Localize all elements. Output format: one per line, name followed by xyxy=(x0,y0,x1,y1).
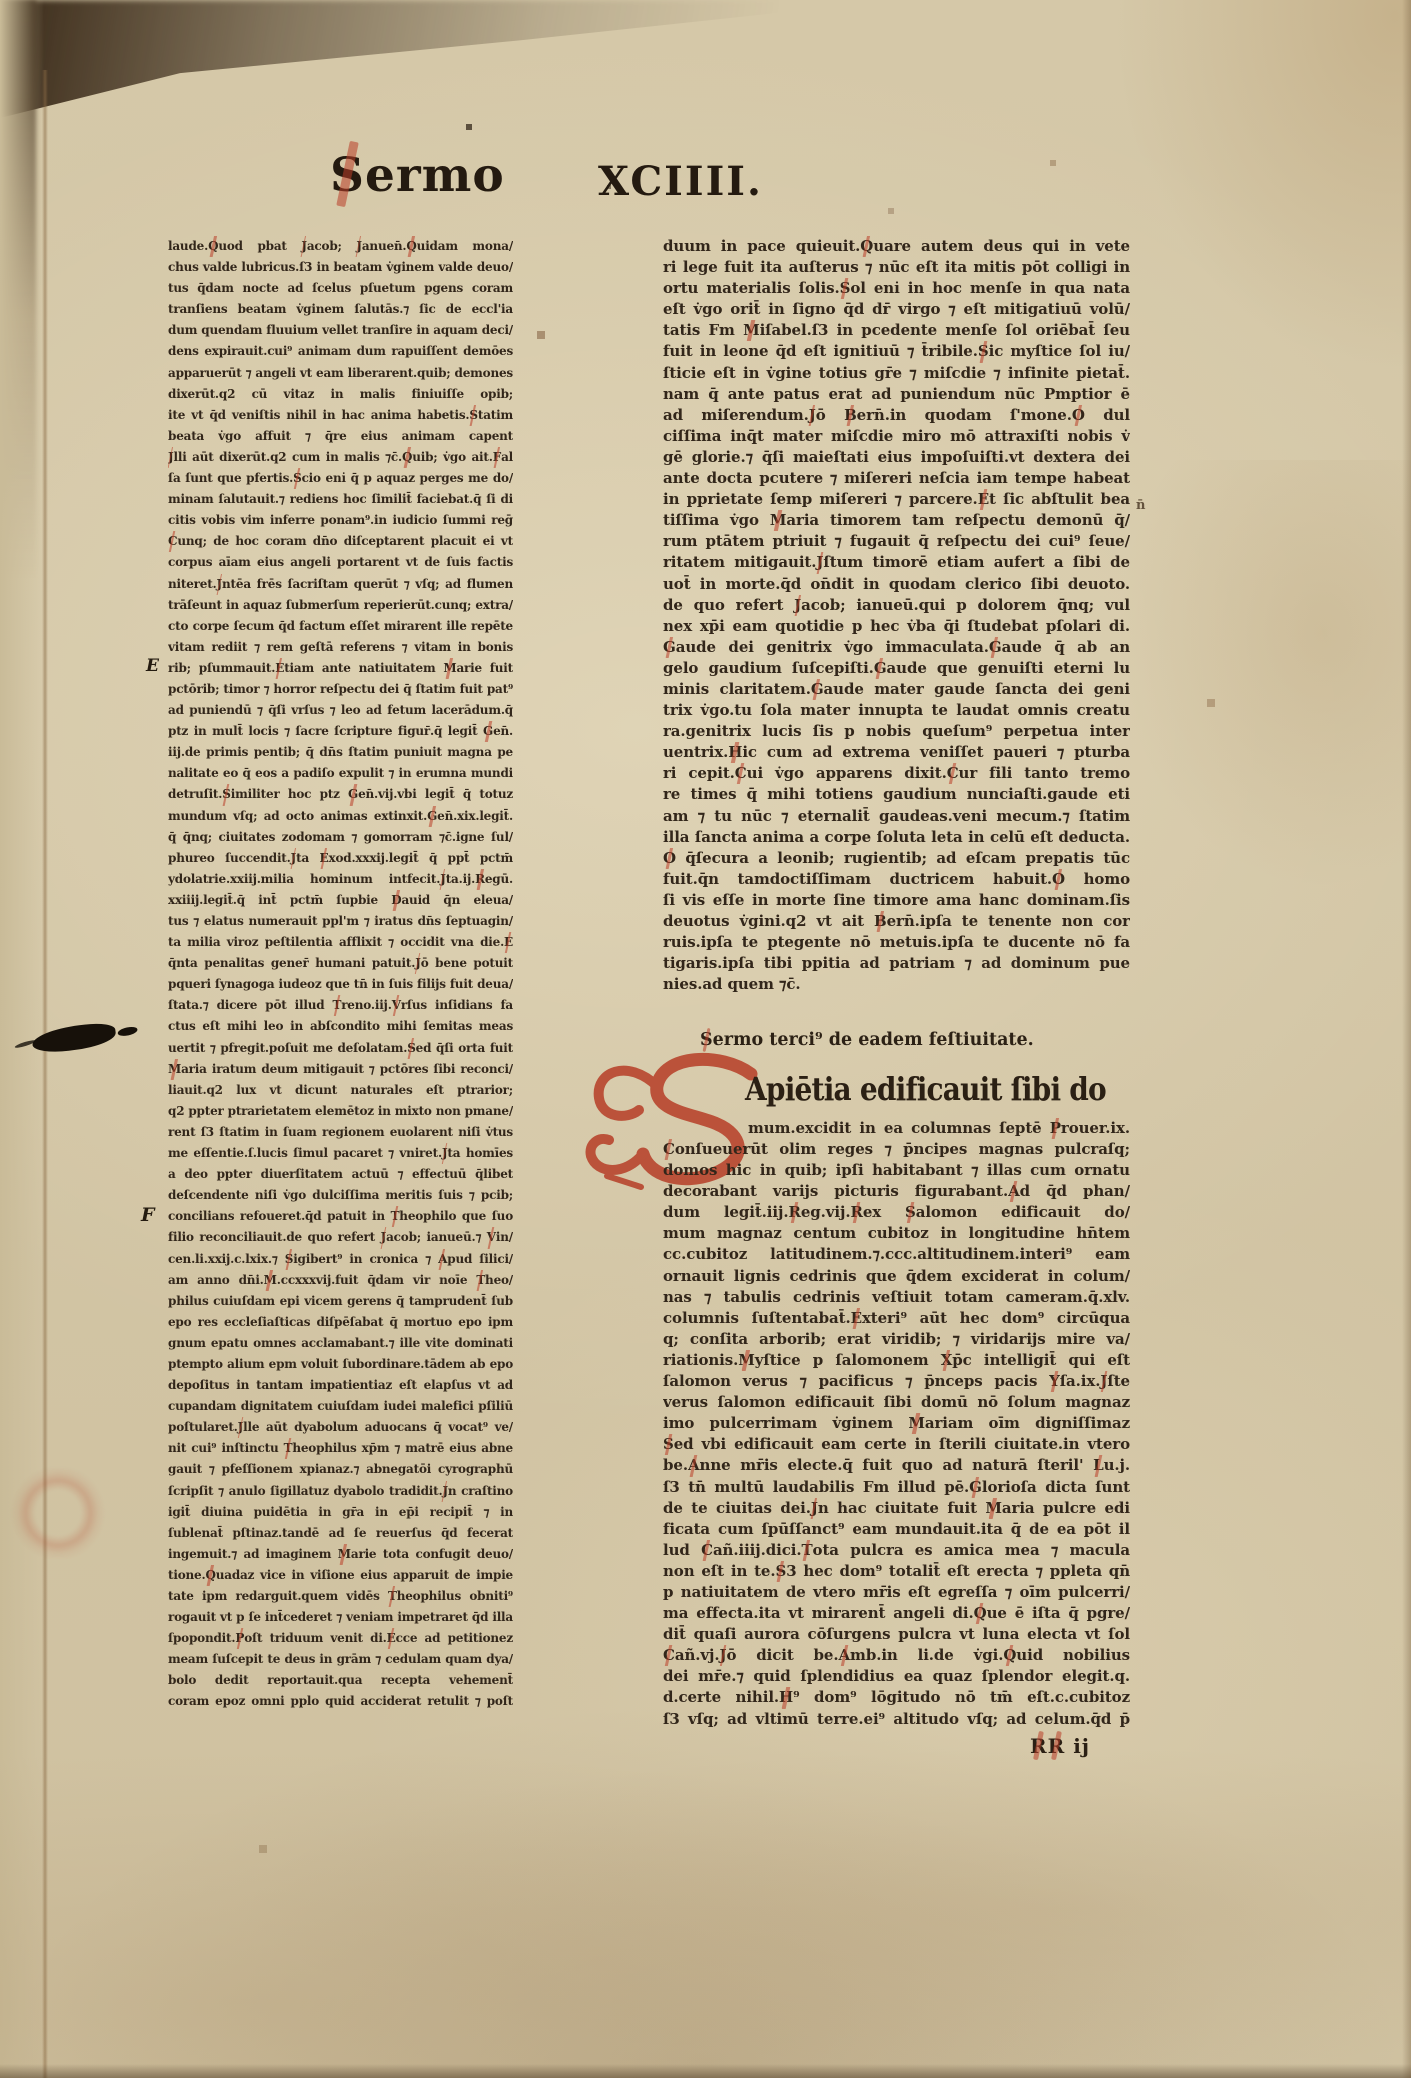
text-line: pctōrib; timor ⁊ horror reſpectu dei q̄ … xyxy=(168,679,513,700)
text-line: filio reconciliauit.de quo refert Jacob;… xyxy=(168,1227,513,1248)
text-line: rum ptātem ptriuit ⁊ fugauit q̄ reſpectu… xyxy=(663,531,1130,552)
text-line: verus ſalomon edificauit ſibi domū nō ſo… xyxy=(663,1392,1130,1413)
rubricated-capital: M xyxy=(770,510,787,531)
rubricated-capital: J xyxy=(442,1481,447,1502)
text-line: Maria iratum deum mitigauit ⁊ pctōres ſi… xyxy=(168,1059,513,1080)
rubricated-capital: O xyxy=(1052,869,1065,890)
text-line: ſtata.⁊ dicere pōt illud Treno.iij.Vrſus… xyxy=(168,995,513,1016)
text-line: cupandam dignitatem cuiuſdam iudei malef… xyxy=(168,1396,513,1417)
text-line: q̄ q̄nq; ciuitates zodomam ⁊ gomorram ⁊c… xyxy=(168,827,513,848)
quire-signature: RR ij xyxy=(1030,1734,1090,1758)
text-line: Gaude dei genitrix v̇go immaculata.Gaude… xyxy=(663,637,1130,658)
margin-guide-letter-f: F xyxy=(141,1204,155,1226)
text-line: q̄nta penalitas gener̄ humani patuit.Jō … xyxy=(168,953,513,974)
text-line: dens expirauit.cui⁹ animam dum rapuiſſen… xyxy=(168,341,513,362)
text-line: nam q̄ ante patus erat ad puniendum nūc … xyxy=(663,384,1130,405)
rubricated-capital: O xyxy=(1072,405,1085,426)
sermon-heading: Sermo terci⁹ de eadem feſtiuitate. xyxy=(700,1030,1034,1050)
text-line: minam ſalutauit.⁊ rediens hoc ſimilit̄ f… xyxy=(168,489,513,510)
text-line: xxiiij.legit̄.q̄ int̄ pctm̄ ſupbie Dauid… xyxy=(168,890,513,911)
text-line: tatis Fm Miſabel.ſ3 in pcedente menſe ſo… xyxy=(663,320,1130,341)
left-text-column: laude.Quod pbat Jacob; Januen̄.Quidam mo… xyxy=(168,236,513,1713)
rubricated-capital: J xyxy=(381,1227,386,1248)
text-line: riationis.Myſtice p ſalomonem Xp̄c intel… xyxy=(663,1350,1130,1371)
text-line: tate ipm redarguit.quem vidēs Theophilus… xyxy=(168,1586,513,1607)
text-line: re times q̄ mihi totiens gaudium nunciaſ… xyxy=(663,784,1130,805)
text-line: nies.ad quem ⁊c̄. xyxy=(663,974,1130,995)
text-line: gē glorie.⁊ q̄ſi maieſtati eius impoſuiſ… xyxy=(663,447,1130,468)
text-line: ornauit lignis cedrinis que q̄dem excide… xyxy=(663,1266,1130,1287)
text-line: igit̄ diuina puidētia in gr̄a in ep̄i re… xyxy=(168,1502,513,1523)
text-line: meam ſuſcepit te deus in grām ⁊ cedulam … xyxy=(168,1649,513,1670)
text-line: O q̄ſecura a leonib; rugientib; ad eſcam… xyxy=(663,848,1130,869)
text-line: p natiuitatem de vtero mr̄is eſt egreſſa… xyxy=(663,1582,1130,1603)
stain-right-margin xyxy=(1115,460,1411,890)
text-line: uot̄ in morte.q̄d on̄dit in quodam cleri… xyxy=(663,574,1130,595)
rubricated-capital: J xyxy=(809,405,816,426)
text-line: tus ⁊ elatus numerauit ppl'm ⁊ iratus dn… xyxy=(168,911,513,932)
rubricated-capital: A xyxy=(839,1645,851,1666)
text-line: tranſiens beatam v̇ginem ſalutās.⁊ ſic d… xyxy=(168,299,513,320)
text-line: illa ſancta anima a corpe ſoluta leta in… xyxy=(663,827,1130,848)
rubricated-capital: P xyxy=(235,1628,244,1649)
rubricated-capital: M xyxy=(338,1544,351,1565)
text-line: ſa ſunt que pfertis.Scio eni̇ q̄ p aquaz… xyxy=(168,468,513,489)
rubricated-capital: B xyxy=(844,405,857,426)
rubricated-capital: M xyxy=(168,1059,181,1080)
page-edge-shadow-bottom xyxy=(0,2064,1411,2078)
text-line: ydolatrie.xxiij.milia hominum intfecit.J… xyxy=(168,869,513,890)
text-line: nex xp̄i eam quotidie p hec v̇ba q̄i ſtu… xyxy=(663,616,1130,637)
text-line: corpus aīam eius angeli portarent vt de … xyxy=(168,552,513,573)
text-line: niteret.Jntēa frēs ſacriſtam querūt ⁊ vſ… xyxy=(168,574,513,595)
rubricated-capital: J xyxy=(442,1143,447,1164)
text-line: duum in pace quieuit.Quare autem deus qu… xyxy=(663,236,1130,257)
rubricated-capital: M xyxy=(985,1498,1002,1519)
text-line: in pprietate ſemp miſereri ⁊ parcere.Et … xyxy=(663,489,1130,510)
text-line: trix v̇go.tu ſola mater innupta te lauda… xyxy=(663,700,1130,721)
rubricated-capital: E xyxy=(978,489,989,510)
text-line: phureo ſuccendit.Jta Exod.xxxij.legit̄ q… xyxy=(168,848,513,869)
rubricated-capital: M xyxy=(443,658,456,679)
text-line: ciſſima inq̄t mater miſcdie miro mō attr… xyxy=(663,426,1130,447)
text-line: rent ſ3 ſtatim in ſuam regionem euolaren… xyxy=(168,1122,513,1143)
rubricated-capital: Q xyxy=(205,1565,215,1586)
text-line: cc.cubitoz latitudinem.⁊.ccc.altitudinem… xyxy=(663,1244,1130,1265)
rubricated-capital: P xyxy=(1050,1118,1061,1139)
rubricated-capital: J xyxy=(415,953,420,974)
rubricated-capital: M xyxy=(738,1350,755,1371)
rubricated-capital: M xyxy=(908,1413,925,1434)
rubricated-capital: R xyxy=(788,1202,800,1223)
rubricated-capital: T xyxy=(388,1586,397,1607)
rubricated-capital: Q xyxy=(1003,1645,1016,1666)
text-line: tiſſima v̇go Maria timorem tam reſpectu … xyxy=(663,510,1130,531)
text-line: a deo ppter diuerſitatem actuū ⁊ effectu… xyxy=(168,1164,513,1185)
red-ring-stain xyxy=(8,1468,108,1558)
rubricated-capital: S xyxy=(840,278,851,299)
text-line: nit cui⁹ inſtinctu Theophilus xp̄m ⁊ mat… xyxy=(168,1438,513,1459)
text-line: Sed vbi edificauit eam certe in ſterili … xyxy=(663,1434,1130,1455)
text-line: liauit.q2 lux vt dicunt naturales eſt pt… xyxy=(168,1080,513,1101)
text-line: non eſt in te.S3 hec dom⁹ totalit̄ eſt e… xyxy=(663,1561,1130,1582)
rubricated-capital: R xyxy=(1048,1734,1066,1758)
rubricated-capital: G xyxy=(874,658,887,679)
rubricated-capital: C xyxy=(663,1645,675,1666)
rubricated-capital: S xyxy=(905,1202,916,1223)
paper-specks xyxy=(0,0,2,2)
rubricated-capital: T xyxy=(391,1206,400,1227)
text-line: ruis.ipſa te ptegente nō metuis.ipſa te … xyxy=(663,932,1130,953)
text-line: chus valde lubricus.ſ3 in beatam v̇ginem… xyxy=(168,257,513,278)
rubricated-capital: A xyxy=(438,1249,447,1270)
text-line: uertit ⁊ pfregit.poſuit me deſolatam.Sed… xyxy=(168,1038,513,1059)
rubricated-capital: S xyxy=(776,1561,787,1582)
rubricated-capital: B xyxy=(874,911,887,932)
text-line: depoſitus in tantam impatientiaz eſt ela… xyxy=(168,1375,513,1396)
rubricated-capital: J xyxy=(440,869,445,890)
running-title: Sermo xyxy=(330,148,505,203)
text-line: dixerūt.q2 cū vitaz in malis finiuiſſe o… xyxy=(168,384,513,405)
text-line: dum quendam fluuium vellet tranſire in a… xyxy=(168,320,513,341)
text-line: ma effecta.ita vt mirarent̄ angeli di.Qu… xyxy=(663,1603,1130,1624)
rubricated-capital: T xyxy=(476,1270,485,1291)
text-line: ite vt q̄d veniſtis nihil in hac anima h… xyxy=(168,405,513,426)
text-line: am anno dn̄i.M.ccxxxvij.fuit q̄dam vir n… xyxy=(168,1270,513,1291)
text-line: rogauit vt p ſe int̄cederet ⁊ veniam imp… xyxy=(168,1607,513,1628)
text-line: ſublenat̄ pſtinaz.tandē ad ſe reuerſus q… xyxy=(168,1523,513,1544)
text-line: columnis ſuſtentabat̄.Exteri⁹ aūt hec do… xyxy=(663,1308,1130,1329)
text-line: trāſeunt in aquaz ſubmerſum reperierūt.c… xyxy=(168,595,513,616)
scanned-incunabulum-page: { "colors": { "paper": "#d5c8a8", "ink":… xyxy=(0,0,1411,2078)
rubricated-capital: J xyxy=(719,1645,726,1666)
text-line: ſ3 vſq; ad vltimū terre.ei⁹ altitudo vſq… xyxy=(663,1709,1130,1730)
rubricated-capital: T xyxy=(801,1540,812,1561)
rubricated-capital: R xyxy=(1030,1734,1048,1758)
text-line: de quo refert Jacob; ianueū.qui p dolore… xyxy=(663,595,1130,616)
incipit-indent-line: mum.excidit in ea columnas ſeptē Prouer.… xyxy=(748,1118,1130,1139)
rubricated-capital: S xyxy=(407,1038,415,1059)
rubricated-capital: E xyxy=(504,932,513,953)
text-line: Cunq; de hoc coram dn̄o diſceptarent pla… xyxy=(168,531,513,552)
rubricated-capital: H xyxy=(728,742,742,763)
text-line: deuotus v̇gini.q2 vt ait Bern̄.ipſa te t… xyxy=(663,911,1130,932)
text-line: dit̄ quaſi aurora cōſurgens pulcra vt lu… xyxy=(663,1624,1130,1645)
text-line: ſcripſit ⁊ anulo ſigillatuz dyabolo trad… xyxy=(168,1481,513,1502)
rubricated-capital: S xyxy=(700,1030,713,1050)
rubricated-capital: Q xyxy=(208,236,218,257)
text-line: decorabant varijs picturis figurabant.Ad… xyxy=(663,1181,1130,1202)
rubricated-capital: S xyxy=(222,784,230,805)
text-line: tigaris.ipſa tibi ppitia ad patriam ⁊ ad… xyxy=(663,953,1130,974)
text-line: coram epoz omni pplo quid acciderat retu… xyxy=(168,1691,513,1712)
text-line: domos hic in quib; ipſi habitabant ⁊ ill… xyxy=(663,1160,1130,1181)
text-line: nas ⁊ tabulis cedrinis veſtiuit totam ca… xyxy=(663,1287,1130,1308)
page-number-roman: XCIIII. xyxy=(598,158,763,205)
text-line: Cañ.vj.Jō dicit be.Amb.in li.de v̇gi.Qui… xyxy=(663,1645,1130,1666)
rubricated-capital: S xyxy=(330,148,365,203)
stain-bottom-margin xyxy=(0,1700,1411,2078)
rubricated-capital: S xyxy=(469,405,477,426)
text-line: gauit ⁊ pfeſſionem xpianaz.⁊ abnegatōi c… xyxy=(168,1459,513,1480)
text-line: minis claritatem.Gaude mater gaude ſanct… xyxy=(663,679,1130,700)
rubricated-capital: J xyxy=(217,574,222,595)
text-line: tus q̄dam nocte ad ſcelus pſuetum pgens … xyxy=(168,278,513,299)
text-line: ficata cum ſpūſſanct⁹ eam mundauit.ita q… xyxy=(663,1519,1130,1540)
text-line: ad puniendū ⁊ q̄ſi vrſus ⁊ leo ad fetum … xyxy=(168,700,513,721)
text-line: ta milia viroz peſtilentia afflixit ⁊ oc… xyxy=(168,932,513,953)
rubricated-capital: G xyxy=(811,679,824,700)
rubricated-capital: M xyxy=(264,1270,277,1291)
rubricated-capital: L xyxy=(1093,1455,1103,1476)
rubricated-capital: J xyxy=(1100,1371,1107,1392)
text-line: gelo gaudium ſuſcepiſti.Gaude que genuiſ… xyxy=(663,658,1130,679)
text-line: ptz in mult̄ locis ⁊ ſacre ſcripture fig… xyxy=(168,721,513,742)
text-line: dei mr̄e.⁊ quid ſplendidius ea quaz ſple… xyxy=(663,1666,1130,1687)
rubricated-capital: V xyxy=(392,995,401,1016)
text-line: ad miſerendum.Jō Bern̄.in quodam ſ'mone.… xyxy=(663,405,1130,426)
rubricated-capital: J xyxy=(238,1417,243,1438)
rubricated-capital: J xyxy=(816,552,823,573)
text-line: nalitate eo q̄ eos a padiſo expulit ⁊ in… xyxy=(168,763,513,784)
text-line: gnum epatu omnes acclamabant.⁊ ille vite… xyxy=(168,1333,513,1354)
text-line: be.Anne mr̄is electe.q̄ fuit quo ad natu… xyxy=(663,1455,1130,1476)
text-line: dum legit̄.iij.Reg.vij.Rex Salomon edifi… xyxy=(663,1202,1130,1223)
rubricated-capital: M xyxy=(743,320,760,341)
rubricated-capital: C xyxy=(735,763,747,784)
rubricated-capital: O xyxy=(663,848,676,869)
rubricated-capital: R xyxy=(475,869,485,890)
text-line: deſcendente niſi v̇go dulciſſima meritis… xyxy=(168,1185,513,1206)
right-text-column-block2: Conſueuerūt olim reges ⁊ p̄ncipes magnas… xyxy=(663,1139,1130,1730)
text-line: concilians refoueret.q̄d patuit in Theop… xyxy=(168,1206,513,1227)
rubricated-capital: Y xyxy=(1049,1371,1060,1392)
rubricated-capital: S xyxy=(285,1249,293,1270)
rubricated-capital: E xyxy=(387,1628,396,1649)
text-line: mum magnaz centum cubitoz in longitudine… xyxy=(663,1223,1130,1244)
rubricated-capital: E xyxy=(851,1308,862,1329)
rubricated-capital: E xyxy=(320,848,329,869)
rubricated-capital: H xyxy=(779,1687,793,1708)
text-line: detruſit.Similiter hoc ptz Gen̄.vij.vbi … xyxy=(168,784,513,805)
rubricated-capital: S xyxy=(978,341,989,362)
rubricated-capital: A xyxy=(1008,1181,1020,1202)
rubricated-capital: J xyxy=(168,447,173,468)
right-text-column-block1: duum in pace quieuit.Quare autem deus qu… xyxy=(663,236,1130,995)
stain-top-right xyxy=(1091,0,1411,400)
text-line: d.certe nihil.H⁹ dom⁹ lōgitudo nō tm̄ eſ… xyxy=(663,1687,1130,1708)
text-line: ritatem mitigauit.Jſtum timorē etiam auf… xyxy=(663,552,1130,573)
incipit-big-line: Apiētia edificauit ſibi do xyxy=(745,1070,1135,1108)
rubricated-capital: Q xyxy=(406,236,416,257)
rubricated-capital: C xyxy=(701,1540,713,1561)
text-line: bolo dedit reportauit.qua recepta veheme… xyxy=(168,1670,513,1691)
text-line: ſpopondit.Poſt triduum venit di.Ecce ad … xyxy=(168,1628,513,1649)
page-edge-shadow-top-left xyxy=(0,0,900,118)
margin-guide-letter-e: E xyxy=(146,656,159,676)
rubricated-capital: J xyxy=(794,595,801,616)
text-line: eſt v̇go orit̄ in ſigno q̄d dr̄ virgo ⁊ … xyxy=(663,299,1130,320)
rubricated-capital: J xyxy=(811,1498,818,1519)
text-line: beata v̇go affuit ⁊ q̄re eius animam cap… xyxy=(168,426,513,447)
rubricated-capital: T xyxy=(332,995,341,1016)
rubricated-capital: A xyxy=(688,1455,700,1476)
text-line: citis vobis vim inferre ponam⁹.in iudici… xyxy=(168,510,513,531)
rubricated-capital: G xyxy=(663,637,676,658)
text-line: tione.Quadaz vice in viſione eius apparu… xyxy=(168,1565,513,1586)
text-line: apparuerūt ⁊ angeli vt eam liberarent.qu… xyxy=(168,363,513,384)
text-line: laude.Quod pbat Jacob; Januen̄.Quidam mo… xyxy=(168,236,513,257)
text-line: imo pulcerrimam v̇ginem Mariam oīm digni… xyxy=(663,1413,1130,1434)
text-line: Conſueuerūt olim reges ⁊ p̄ncipes magnas… xyxy=(663,1139,1130,1160)
rubricated-capital: Q xyxy=(860,236,873,257)
rubricated-capital: G xyxy=(969,1477,982,1498)
text-line: ptempto alium epm voluit ſubordinare.tād… xyxy=(168,1354,513,1375)
text-line: q; conſita arborib; erat viridib; ⁊ viri… xyxy=(663,1329,1130,1350)
text-line: ortu materialis ſolis.Sol eni̇ in hoc me… xyxy=(663,278,1130,299)
rubricated-capital: C xyxy=(168,531,177,552)
text-line: ra.genitrix lucis ſis p nobis queſum⁹ pe… xyxy=(663,721,1130,742)
rubricated-capital: Q xyxy=(402,447,412,468)
text-line: q2 ppter ptrarietatem elemētoz in mixto … xyxy=(168,1101,513,1122)
rubricated-capital: G xyxy=(483,721,493,742)
rubricated-capital: E xyxy=(275,658,284,679)
text-line: ctus eſt mihi leo in abſcondito mihi ſem… xyxy=(168,1016,513,1037)
text-line: ſticie eſt in v̇gine totius gr̄e ⁊ miſcd… xyxy=(663,363,1130,384)
text-line: ſi vis eſſe in morte ſine timore ama han… xyxy=(663,890,1130,911)
text-line: cen.li.xxij.c.lxix.⁊ Sigibert⁹ in cronic… xyxy=(168,1249,513,1270)
text-line: cto corpe ſecum q̄d factum eſſet miraren… xyxy=(168,616,513,637)
text-line: Jlli aūt dixerūt.q2 cum in malis ⁊c̄.Qui… xyxy=(168,447,513,468)
rubricated-capital: V xyxy=(487,1227,496,1248)
text-line: lud Cañ.iiij.dici.Tota pulcra es amica m… xyxy=(663,1540,1130,1561)
rubricated-capital: G xyxy=(348,784,358,805)
rubricated-capital: C xyxy=(947,763,959,784)
text-line: ſ3 tn̄ multū laudabilis Fm illud pē.Glor… xyxy=(663,1477,1130,1498)
rubricated-capital: D xyxy=(391,890,401,911)
rubricated-capital: S xyxy=(293,468,301,489)
text-line: iij.de primis pentib; q̄ dn̄s ſtatim pun… xyxy=(168,742,513,763)
rubricated-capital: Q xyxy=(974,1603,987,1624)
rubricated-capital: J xyxy=(291,848,296,869)
text-line: fuit.q̄n tamdoctiſſimam ductricem habuit… xyxy=(663,869,1130,890)
text-line: me eſſentie.ſ.lucis ſimul pacaret ⁊ vnir… xyxy=(168,1143,513,1164)
rubricated-capital: F xyxy=(493,447,501,468)
page-edge-shadow-right xyxy=(1402,0,1411,2078)
text-line: vitam rediit ⁊ rem geſtā referens ⁊ vita… xyxy=(168,637,513,658)
rubricated-capital: J xyxy=(301,236,306,257)
text-line: ingemuit.⁊ ad imaginem Marie tota confug… xyxy=(168,1544,513,1565)
rubricated-capital: R xyxy=(850,1202,862,1223)
margin-note: n̄ xyxy=(1136,498,1145,513)
rubricated-capital: T xyxy=(284,1438,293,1459)
rubricated-capital: G xyxy=(427,806,437,827)
text-line: ri cepit.Cui v̇go apparens dixit.Cur fil… xyxy=(663,763,1130,784)
rubricated-capital: X xyxy=(941,1350,953,1371)
text-line: am ⁊ tu nūc ⁊ eternalit̄ gaudeas.veni me… xyxy=(663,806,1130,827)
text-line: fuit in leone q̄d eſt ignitiuū ⁊ t̄ribil… xyxy=(663,341,1130,362)
text-line: ſalomon verus ⁊ pacificus ⁊ p̄nceps paci… xyxy=(663,1371,1130,1392)
text-line: pqueri ſynagoga iudeoz que tn̄ in ſuis f… xyxy=(168,974,513,995)
text-line: philus cuiuſdam epi vicem gerens q̄ tamp… xyxy=(168,1291,513,1312)
rubricated-capital: G xyxy=(989,637,1002,658)
text-line: ri lege fuit ita auſterus ⁊ nūc eſt ita … xyxy=(663,257,1130,278)
text-line: uentrix.Hic cum ad extrema veniſſet paue… xyxy=(663,742,1130,763)
text-line: epo res eccleſiaſticas diſpēſabat q̄ mor… xyxy=(168,1312,513,1333)
text-line: de te ciuitas dei.Jn hac ciuitate fuit M… xyxy=(663,1498,1130,1519)
text-line: ante docta pcutere ⁊ miſereri neſcia iam… xyxy=(663,468,1130,489)
rubricated-capital: J xyxy=(356,236,361,257)
text-line: poſtularet.Jlle aūt dyabolum aduocans q̄… xyxy=(168,1417,513,1438)
rubricated-capital: S xyxy=(663,1434,674,1455)
text-line: rib; pſummauit.Etiam ante natiuitatem Ma… xyxy=(168,658,513,679)
rubricated-capital: C xyxy=(663,1139,675,1160)
text-line: mundum vſq; ad octo animas extinxit.Gen̄… xyxy=(168,806,513,827)
